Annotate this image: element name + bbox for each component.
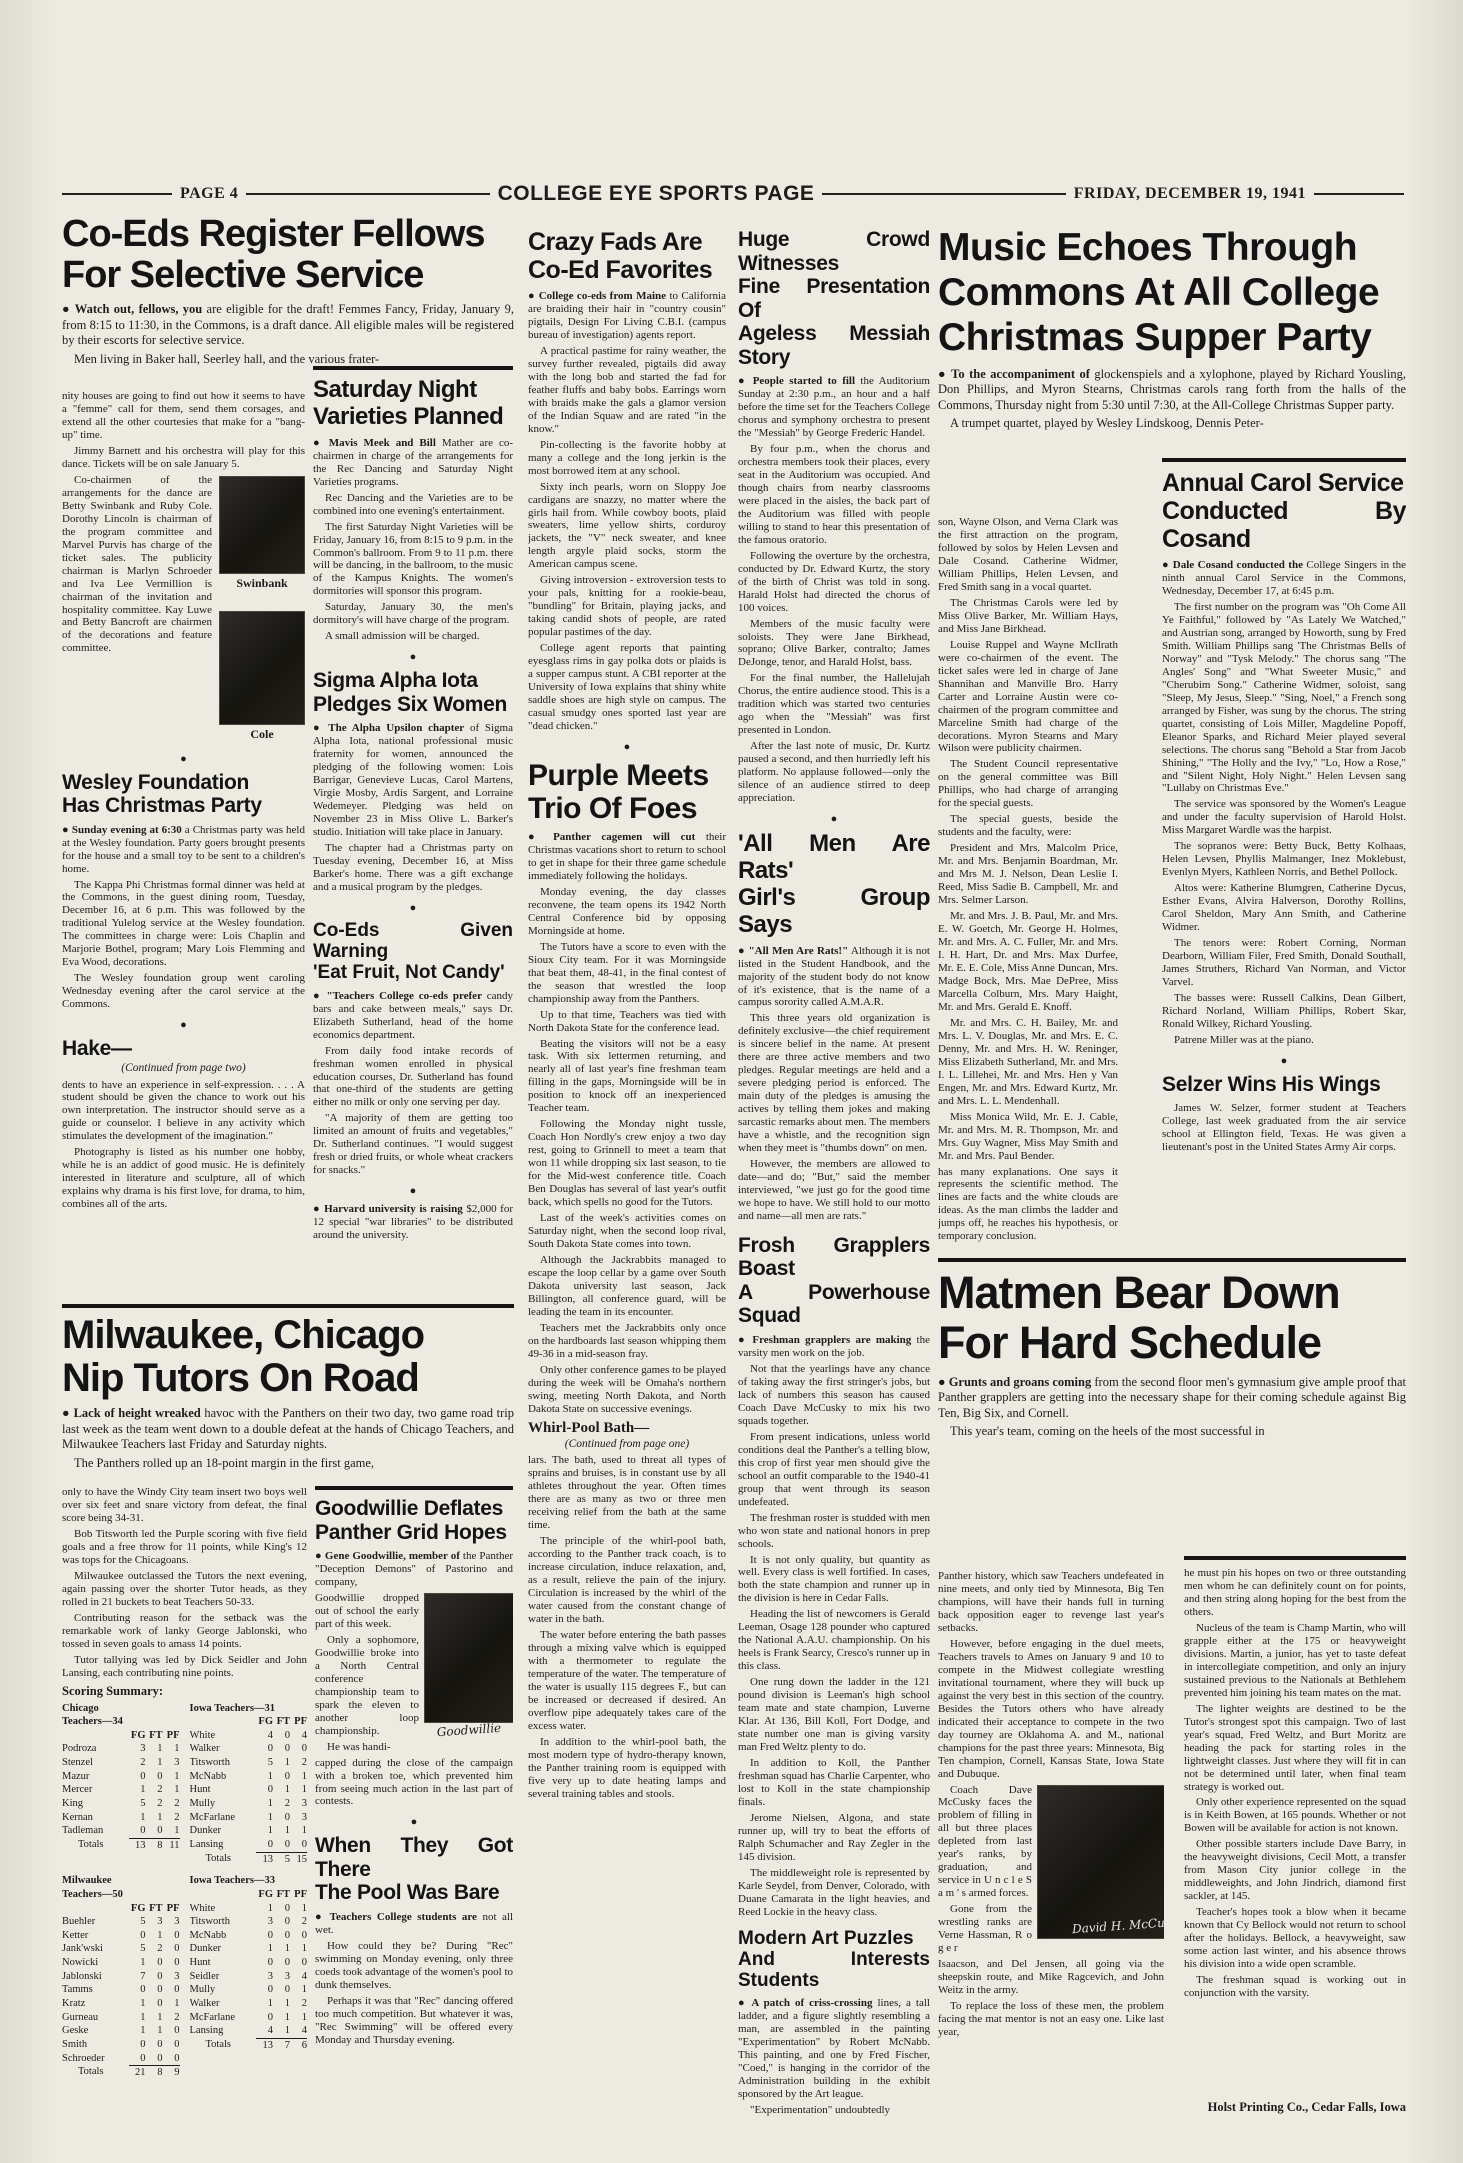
box-score-row: Totals2189: [62, 2065, 180, 2080]
box-score-row: Seidler334: [190, 1970, 308, 1984]
box-score-row: Gurneau112: [62, 2011, 180, 2025]
printer-credit: Holst Printing Co., Cedar Falls, Iowa: [1152, 2100, 1406, 2115]
milwaukee-intro: ● Lack of height wreaked havoc with the …: [62, 1406, 514, 1471]
headline-sigma: Sigma Alpha Iota Pledges Six Women: [313, 669, 513, 716]
paragraph: Nucleus of the team is Champ Martin, who…: [1184, 1622, 1406, 1700]
photo-caption-swinbank: Swinbank: [219, 576, 305, 590]
paragraph: ● Panther cagemen will cut their Christm…: [528, 831, 726, 883]
box-score-title: Chicago Teachers—34: [62, 1702, 180, 1729]
paragraph: The middleweight role is represented by …: [738, 1867, 930, 1919]
box-score-row: Titsworth512: [190, 1756, 308, 1770]
paragraph: Patrene Miller was at the piano.: [1162, 1034, 1406, 1047]
sigma-body: ● The Alpha Upsilon chapter of Sigma Alp…: [313, 722, 513, 894]
dateline: FRIDAY, DECEMBER 19, 1941: [1074, 186, 1306, 202]
headline-music: Music Echoes Through Commons At All Coll…: [938, 226, 1406, 361]
box-score-row: McFarlane103: [190, 1811, 308, 1825]
paragraph: Jerome Nielsen, Algona, and state runner…: [738, 1812, 930, 1864]
paragraph: ● Freshman grapplers are making the vars…: [738, 1334, 930, 1360]
paragraph: Jimmy Barnett and his orchestra will pla…: [62, 445, 305, 471]
paragraph: Altos were: Katherine Blumgren, Catherin…: [1162, 882, 1406, 934]
section-divider: [313, 1182, 513, 1198]
section-divider: [62, 750, 305, 766]
paragraph: The first Saturday Night Varieties will …: [313, 521, 513, 599]
rats-body: ● "All Men Are Rats!" Although it is not…: [738, 945, 930, 1223]
column-d1: son, Wayne Olson, and Verna Clark was th…: [938, 516, 1118, 1254]
paragraph: ● "Teachers College co-eds prefer candy …: [313, 990, 513, 1042]
box-score-row: Nowicki100: [62, 1956, 180, 1970]
paragraph: James W. Selzer, former student at Teach…: [1162, 1102, 1406, 1154]
box-score-row: Titsworth302: [190, 1915, 308, 1929]
column-m1: only to have the Windy City team insert …: [62, 1486, 307, 2086]
page-number: PAGE 4: [180, 186, 238, 202]
box-score-row: Mully001: [190, 1983, 308, 1997]
hake-body: dents to have an experience in self-expr…: [62, 1079, 305, 1212]
matmen-col1: Panther history, which saw Teachers unde…: [938, 1570, 1164, 2122]
box-score-row: Walker112: [190, 1997, 308, 2011]
matmen-col1-bottom: Isaacson, and Del Jensen, all going via …: [938, 1958, 1164, 2039]
thick-rule: [313, 366, 513, 370]
box-score-row: Stenzel213: [62, 1756, 180, 1770]
box-score-row: Buehler533: [62, 1915, 180, 1929]
column-m2: Goodwillie Deflates Panther Grid Hopes ●…: [315, 1486, 513, 2086]
box-score-row: FGFTPF: [62, 1729, 180, 1743]
paragraph: The Kappa Phi Christmas formal dinner wa…: [62, 879, 305, 970]
section-divider: [313, 648, 513, 664]
paragraph: nity houses are going to find out how it…: [62, 390, 305, 442]
paragraph: lars. The bath, used to threat all types…: [528, 1454, 726, 1532]
paragraph: he must pin his hopes on two or three ou…: [1184, 1567, 1406, 1619]
paragraph: ● Dale Cosand conducted the College Sing…: [1162, 559, 1406, 598]
article-milwaukee-head: Milwaukee, Chicago Nip Tutors On Road ● …: [62, 1314, 514, 1482]
box-score-row: Smith000: [62, 2038, 180, 2052]
paragraph: Pin-collecting is the favorite hobby at …: [528, 439, 726, 478]
paragraph: ● Lack of height wreaked havoc with the …: [62, 1406, 514, 1453]
milwaukee-body: only to have the Windy City team insert …: [62, 1486, 307, 1680]
box-score-row: Totals13811: [62, 1838, 180, 1853]
section-divider: [315, 1813, 513, 1829]
headline-selzer: Selzer Wins His Wings: [1162, 1073, 1406, 1097]
matmen-col1-top: Panther history, which saw Teachers unde…: [938, 1570, 1164, 1781]
box-score-row: Hunt011: [190, 1783, 308, 1797]
box-score-row: Mazur001: [62, 1770, 180, 1784]
paragraph: capped during the close of the campaign …: [315, 1757, 513, 1809]
paragraph: Only other conference games to be played…: [528, 1364, 726, 1416]
music-col1-body: son, Wayne Olson, and Verna Clark was th…: [938, 516, 1118, 1243]
box-score-row: Podroza311: [62, 1742, 180, 1756]
photo-mccuskey: [1038, 1786, 1164, 1938]
mccuskey-photo-wrap: David H. McCuskey: [1038, 1786, 1164, 1933]
paragraph: He was handi-: [315, 1741, 513, 1754]
paragraph: ● Harvard university is raising $2,000 f…: [313, 1203, 513, 1242]
paragraph: Last of the week's activities comes on S…: [528, 1212, 726, 1251]
box-score-row: Lansing414: [190, 2024, 308, 2038]
headline-pool: When They Got There The Pool Was Bare: [315, 1834, 513, 1905]
paragraph: Saturday, January 30, the men's dormitor…: [313, 601, 513, 627]
headline-whirlpool: Whirl-Pool Bath—: [528, 1419, 726, 1437]
paragraph: Photography is listed as his number one …: [62, 1146, 305, 1211]
paragraph: In addition to Koll, the Panther freshma…: [738, 1757, 930, 1809]
paragraph: ● College co-eds from Maine to Californi…: [528, 290, 726, 342]
paragraph: By four p.m., when the chorus and orches…: [738, 443, 930, 547]
paragraph: The Wesley foundation group went carolin…: [62, 972, 305, 1011]
headline-hake: Hake—: [62, 1037, 305, 1061]
paragraph: ● Mavis Meek and Bill Mather are co-chai…: [313, 437, 513, 489]
header-rule: [62, 193, 172, 195]
paragraph: The Panthers rolled up an 18-point margi…: [62, 1456, 514, 1472]
section-divider: [738, 810, 930, 826]
column-a1: nity houses are going to find out how it…: [62, 390, 305, 1298]
paragraph: It is not only quality, but quantity as …: [738, 1554, 930, 1606]
thick-rule: [1162, 458, 1406, 462]
headline-rats: 'All Men Are Rats' Girl's Group Says: [738, 831, 930, 939]
paragraph: Monday evening, the day classes reconven…: [528, 886, 726, 938]
paragraph: The freshman roster is studded with men …: [738, 1512, 930, 1551]
paragraph: From daily food intake records of freshm…: [313, 1045, 513, 1110]
wesley-body: ● Sunday evening at 6:30 a Christmas par…: [62, 824, 305, 1012]
paragraph: Men living in Baker hall, Seerley hall, …: [62, 352, 514, 368]
matmen-photo-section: David H. McCuskey Coach Dave McCusky fac…: [938, 1784, 1164, 1956]
paragraph: ● Sunday evening at 6:30 a Christmas par…: [62, 824, 305, 876]
paragraph: ● Gene Goodwillie, member of the Panther…: [315, 1550, 513, 1589]
header-rule: [822, 193, 1065, 195]
newspaper-page: PAGE 4 COLLEGE EYE SPORTS PAGE FRIDAY, D…: [0, 0, 1463, 2163]
paper-title: COLLEGE EYE SPORTS PAGE: [498, 183, 815, 204]
paragraph: ● A patch of criss-crossing lines, a tal…: [738, 1997, 930, 2101]
photo-goodwillie: [425, 1594, 513, 1722]
crazy-body: ● College co-eds from Maine to Californi…: [528, 290, 726, 733]
paragraph: However, before engaging in the duel mee…: [938, 1638, 1164, 1781]
box-score-row: Jank'wski520: [62, 1942, 180, 1956]
paragraph: A small admission will be charged.: [313, 630, 513, 643]
paragraph: This three years old organization is def…: [738, 1012, 930, 1155]
headline-coeds: Co-Eds Register Fellows For Selective Se…: [62, 214, 514, 296]
saturday-body: ● Mavis Meek and Bill Mather are co-chai…: [313, 437, 513, 644]
paragraph: In addition to the whirl-pool bath, the …: [528, 1736, 726, 1801]
box-score-row: Tadleman001: [62, 1824, 180, 1838]
paragraph: ● Teachers College students are not all …: [315, 1911, 513, 1937]
paragraph: ● "All Men Are Rats!" Although it is not…: [738, 945, 930, 1010]
paragraph: Milwaukee outclassed the Tutors the next…: [62, 1570, 307, 1609]
paragraph: dents to have an experience in self-expr…: [62, 1079, 305, 1144]
headline-crazy: Crazy Fads Are Co-Ed Favorites: [528, 228, 726, 284]
paragraph: To replace the loss of these men, the pr…: [938, 2000, 1164, 2039]
paragraph: After the last note of music, Dr. Kurtz …: [738, 740, 930, 805]
harvard-note: ● Harvard university is raising $2,000 f…: [313, 1203, 513, 1242]
paragraph: College agent reports that painting eyes…: [528, 642, 726, 733]
header-rule: [1314, 193, 1404, 195]
photo-swinbank: [220, 477, 304, 573]
headline-milwaukee: Milwaukee, Chicago Nip Tutors On Road: [62, 1314, 514, 1400]
paragraph: Members of the music faculty were solois…: [738, 618, 930, 670]
box-score-row: Totals1376: [190, 2038, 308, 2053]
paragraph: Heading the list of newcomers is Gerald …: [738, 1608, 930, 1673]
section-divider: [313, 899, 513, 915]
box-score-row: Kratz101: [62, 1997, 180, 2011]
paragraph: The principle of the whirl-pool bath, ac…: [528, 1535, 726, 1626]
goodwillie-photo-section: Goodwillie Goodwillie dropped out of sch…: [315, 1592, 513, 1754]
box-score-row: White101: [190, 1902, 308, 1916]
headline-wesley: Wesley Foundation Has Christmas Party: [62, 771, 305, 818]
column-b: Crazy Fads Are Co-Ed Favorites ● College…: [528, 228, 726, 2123]
matmen-intro: ● Grunts and groans coming from the seco…: [938, 1375, 1406, 1440]
paragraph: Contributing reason for the setback was …: [62, 1612, 307, 1651]
paragraph: Panther history, which saw Teachers unde…: [938, 1570, 1164, 1635]
box-score-game2: Milwaukee Teachers—50FGFTPFBuehler533Ket…: [62, 1874, 307, 2080]
paragraph: Rec Dancing and the Varieties are to be …: [313, 492, 513, 518]
column-c: Huge Crowd Witnesses Fine Presentation O…: [738, 228, 930, 2123]
headline-modern: Modern Art Puzzles And Interests Student…: [738, 1928, 930, 1992]
coeds-intro: ● Watch out, fellows, you are eligible f…: [62, 302, 514, 367]
paragraph: ● The Alpha Upsilon chapter of Sigma Alp…: [313, 722, 513, 839]
article-coeds-head: Co-Eds Register Fellows For Selective Se…: [62, 214, 514, 386]
matmen-col2: he must pin his hopes on two or three ou…: [1184, 1556, 1406, 2122]
box-score-row: Ketter010: [62, 1929, 180, 1943]
paragraph: Tutor tallying was led by Dick Seidler a…: [62, 1654, 307, 1680]
paragraph: Mr. and Mrs. J. B. Paul, Mr. and Mrs. E.…: [938, 910, 1118, 1014]
paragraph: However, the members are allowed to date…: [738, 1158, 930, 1223]
headline-goodwillie: Goodwillie Deflates Panther Grid Hopes: [315, 1497, 513, 1544]
huge-body: ● People started to fill the Auditorium …: [738, 375, 930, 805]
box-score-chicago: Chicago Teachers—34FGFTPFPodroza311Stenz…: [62, 1702, 180, 1867]
warning-body: ● "Teachers College co-eds prefer candy …: [313, 990, 513, 1178]
section-divider: [62, 1016, 305, 1032]
paragraph: Following the Monday night tussle, Coach…: [528, 1118, 726, 1209]
paragraph: The freshman squad is working out in con…: [1184, 1974, 1406, 2000]
coeds-photos: Swinbank Cole: [219, 477, 305, 742]
paragraph: has many explanations. One says it repre…: [938, 1166, 1118, 1244]
thick-rule: [315, 1486, 513, 1490]
headline-frosh: Frosh Grapplers Boast A Powerhouse Squad: [738, 1234, 930, 1328]
box-score-row: Kernan112: [62, 1811, 180, 1825]
paragraph: Bob Titsworth led the Purple scoring wit…: [62, 1528, 307, 1567]
paragraph: This year's team, coming on the heels of…: [938, 1424, 1406, 1440]
paragraph: Teacher's hopes took a blow when it beca…: [1184, 1906, 1406, 1971]
box-score-row: Geske110: [62, 2024, 180, 2038]
headline-purple: Purple Meets Trio Of Foes: [528, 759, 726, 825]
box-score-row: Schroeder000: [62, 2052, 180, 2066]
box-score-row: Walker000: [190, 1742, 308, 1756]
coeds-photo-section: Swinbank Cole Co-chairmen of the arrange…: [62, 474, 305, 656]
paragraph: Mr. and Mrs. C. H. Bailey, Mr. and Mrs. …: [938, 1017, 1118, 1108]
paragraph: For the final number, the Hallelujah Cho…: [738, 672, 930, 737]
paragraph: The basses were: Russell Calkins, Dean G…: [1162, 992, 1406, 1031]
selzer-body: James W. Selzer, former student at Teach…: [1162, 1102, 1406, 1154]
paragraph: The tenors were: Robert Corning, Norman …: [1162, 937, 1406, 989]
box-score-row: McFarlane011: [190, 2011, 308, 2025]
box-score-iowa-31: Iowa Teachers—31FGFTPFWhite404Walker000T…: [190, 1702, 308, 1867]
paragraph: The special guests, beside the students …: [938, 813, 1118, 839]
paragraph: Not that the yearlings have any chance o…: [738, 1363, 930, 1428]
box-score-row: Jablonski703: [62, 1970, 180, 1984]
box-score-row: McNabb000: [190, 1929, 308, 1943]
paragraph: The water before entering the bath passe…: [528, 1629, 726, 1733]
box-score-row: White404: [190, 1729, 308, 1743]
paragraph: Perhaps it was that "Rec" dancing offere…: [315, 1995, 513, 2047]
box-score-title: Iowa Teachers—33: [190, 1874, 308, 1888]
paragraph: only to have the Windy City team insert …: [62, 1486, 307, 1525]
paragraph: "A majority of them are getting too limi…: [313, 1112, 513, 1177]
headline-huge: Huge Crowd Witnesses Fine Presentation O…: [738, 228, 930, 369]
paragraph: Only other experience represented on the…: [1184, 1796, 1406, 1835]
box-score-row: Tamms000: [62, 1983, 180, 1997]
box-score-iowa-33: Iowa Teachers—33FGFTPFWhite101Titsworth3…: [190, 1874, 308, 2080]
box-score-row: Mercer121: [62, 1783, 180, 1797]
paragraph: From present indications, unless world c…: [738, 1431, 930, 1509]
paragraph: Sixty inch pearls, worn on Sloppy Joe ca…: [528, 481, 726, 572]
box-score-game1: Chicago Teachers—34FGFTPFPodroza311Stenz…: [62, 1702, 307, 1867]
frosh-body: ● Freshman grapplers are making the vars…: [738, 1334, 930, 1919]
box-score-row: Dunker111: [190, 1942, 308, 1956]
headline-carol: Annual Carol Service Conducted By Cosand: [1162, 469, 1406, 553]
paragraph: Louise Ruppel and Wayne McIlrath were co…: [938, 639, 1118, 756]
box-score-title: Milwaukee Teachers—50: [62, 1874, 180, 1901]
paragraph: A practical pastime for rainy weather, t…: [528, 345, 726, 436]
paragraph: ● Watch out, fellows, you are eligible f…: [62, 302, 514, 349]
box-score-milwaukee: Milwaukee Teachers—50FGFTPFBuehler533Ket…: [62, 1874, 180, 2080]
column-a2: Saturday Night Varieties Planned ● Mavis…: [313, 366, 513, 1298]
goodwillie-photo-wrap: Goodwillie: [425, 1594, 513, 1737]
paragraph: Up to that time, Teachers was tied with …: [528, 1009, 726, 1035]
paragraph: ● To the accompaniment of glockenspiels …: [938, 367, 1406, 414]
box-score-row: Totals13515: [190, 1852, 308, 1867]
column-d2: Annual Carol Service Conducted By Cosand…: [1162, 458, 1406, 1254]
box-score-title: Iowa Teachers—31: [190, 1702, 308, 1716]
box-score-row: McNabb101: [190, 1770, 308, 1784]
paragraph: "Experimentation" undoubtedly: [738, 2104, 930, 2117]
matmen-col2-body: he must pin his hopes on two or three ou…: [1184, 1567, 1406, 2000]
scoring-summary-label: Scoring Summary:: [62, 1684, 307, 1699]
box-score-row: Dunker111: [190, 1824, 308, 1838]
paragraph: The sopranos were: Betty Buck, Betty Kol…: [1162, 840, 1406, 879]
paragraph: How could they be? During "Rec" swimming…: [315, 1940, 513, 1992]
paragraph: The service was sponsored by the Women's…: [1162, 798, 1406, 837]
section-divider: [938, 1248, 1118, 1254]
paragraph: Although the Jackrabbits managed to esca…: [528, 1254, 726, 1319]
headline-saturday: Saturday Night Varieties Planned: [313, 377, 513, 431]
paragraph: ● Grunts and groans coming from the seco…: [938, 1375, 1406, 1422]
paragraph: A trumpet quartet, played by Wesley Lind…: [938, 416, 1406, 432]
paragraph: The Tutors have a score to even with the…: [528, 941, 726, 1006]
paragraph: Giving introversion - extroversion tests…: [528, 574, 726, 639]
carol-body: ● Dale Cosand conducted the College Sing…: [1162, 559, 1406, 1047]
box-score-row: Lansing000: [190, 1838, 308, 1852]
purple-body: ● Panther cagemen will cut their Christm…: [528, 831, 726, 1416]
modern-body: ● A patch of criss-crossing lines, a tal…: [738, 1997, 930, 2117]
paragraph: Other possible starters include Dave Bar…: [1184, 1838, 1406, 1903]
coeds-body-top: nity houses are going to find out how it…: [62, 390, 305, 471]
page-header: PAGE 4 COLLEGE EYE SPORTS PAGE FRIDAY, D…: [62, 183, 1404, 204]
photo-cole: [220, 612, 304, 724]
section-divider: [528, 738, 726, 754]
paragraph: Following the overture by the orchestra,…: [738, 550, 930, 615]
box-score-row: FGFTPF: [190, 1888, 308, 1902]
paragraph: Beating the visitors will not be a easy …: [528, 1038, 726, 1116]
box-score-row: Mully123: [190, 1797, 308, 1811]
thick-rule: [1184, 1556, 1406, 1560]
pool-body: ● Teachers College students are not all …: [315, 1911, 513, 2047]
music-intro: ● To the accompaniment of glockenspiels …: [938, 367, 1406, 432]
headline-warning: Co-Eds Given Warning 'Eat Fruit, Not Can…: [313, 920, 513, 984]
box-score-row: Hunt000: [190, 1956, 308, 1970]
photo-caption-cole: Cole: [219, 727, 305, 741]
box-score-row: King522: [62, 1797, 180, 1811]
paragraph: The lighter weights are destined to be t…: [1184, 1703, 1406, 1794]
header-rule: [246, 193, 489, 195]
section-divider: [1162, 1052, 1406, 1068]
whirlpool-body: lars. The bath, used to threat all types…: [528, 1454, 726, 1800]
paragraph: The Student Council representative on th…: [938, 758, 1118, 810]
paragraph: President and Mrs. Malcolm Price, Mr. an…: [938, 842, 1118, 907]
whirlpool-continued: (Continued from page one): [528, 1438, 726, 1452]
paragraph: The Christmas Carols were led by Miss Ol…: [938, 597, 1118, 636]
paragraph: Isaacson, and Del Jensen, all going via …: [938, 1958, 1164, 1997]
headline-matmen: Matmen Bear Down For Hard Schedule: [938, 1268, 1406, 1369]
paragraph: The first number on the program was "Oh …: [1162, 601, 1406, 796]
goodwillie-body-bottom: capped during the close of the campaign …: [315, 1757, 513, 1809]
paragraph: son, Wayne Olson, and Verna Clark was th…: [938, 516, 1118, 594]
box-score-row: FGFTPF: [190, 1715, 308, 1729]
goodwillie-body-top: ● Gene Goodwillie, member of the Panther…: [315, 1550, 513, 1589]
paragraph: One rung down the ladder in the 121 poun…: [738, 1676, 930, 1754]
paragraph: The chapter had a Christmas party on Tue…: [313, 842, 513, 894]
paragraph: ● People started to fill the Auditorium …: [738, 375, 930, 440]
paragraph: Miss Monica Wild, Mr. E. J. Cable, Mr. a…: [938, 1111, 1118, 1163]
article-matmen-head: Matmen Bear Down For Hard Schedule ● Gru…: [938, 1268, 1406, 1568]
box-score-row: FGFTPF: [62, 1902, 180, 1916]
paragraph: Teachers met the Jackrabbits only once o…: [528, 1322, 726, 1361]
hake-continued: (Continued from page two): [62, 1062, 305, 1076]
